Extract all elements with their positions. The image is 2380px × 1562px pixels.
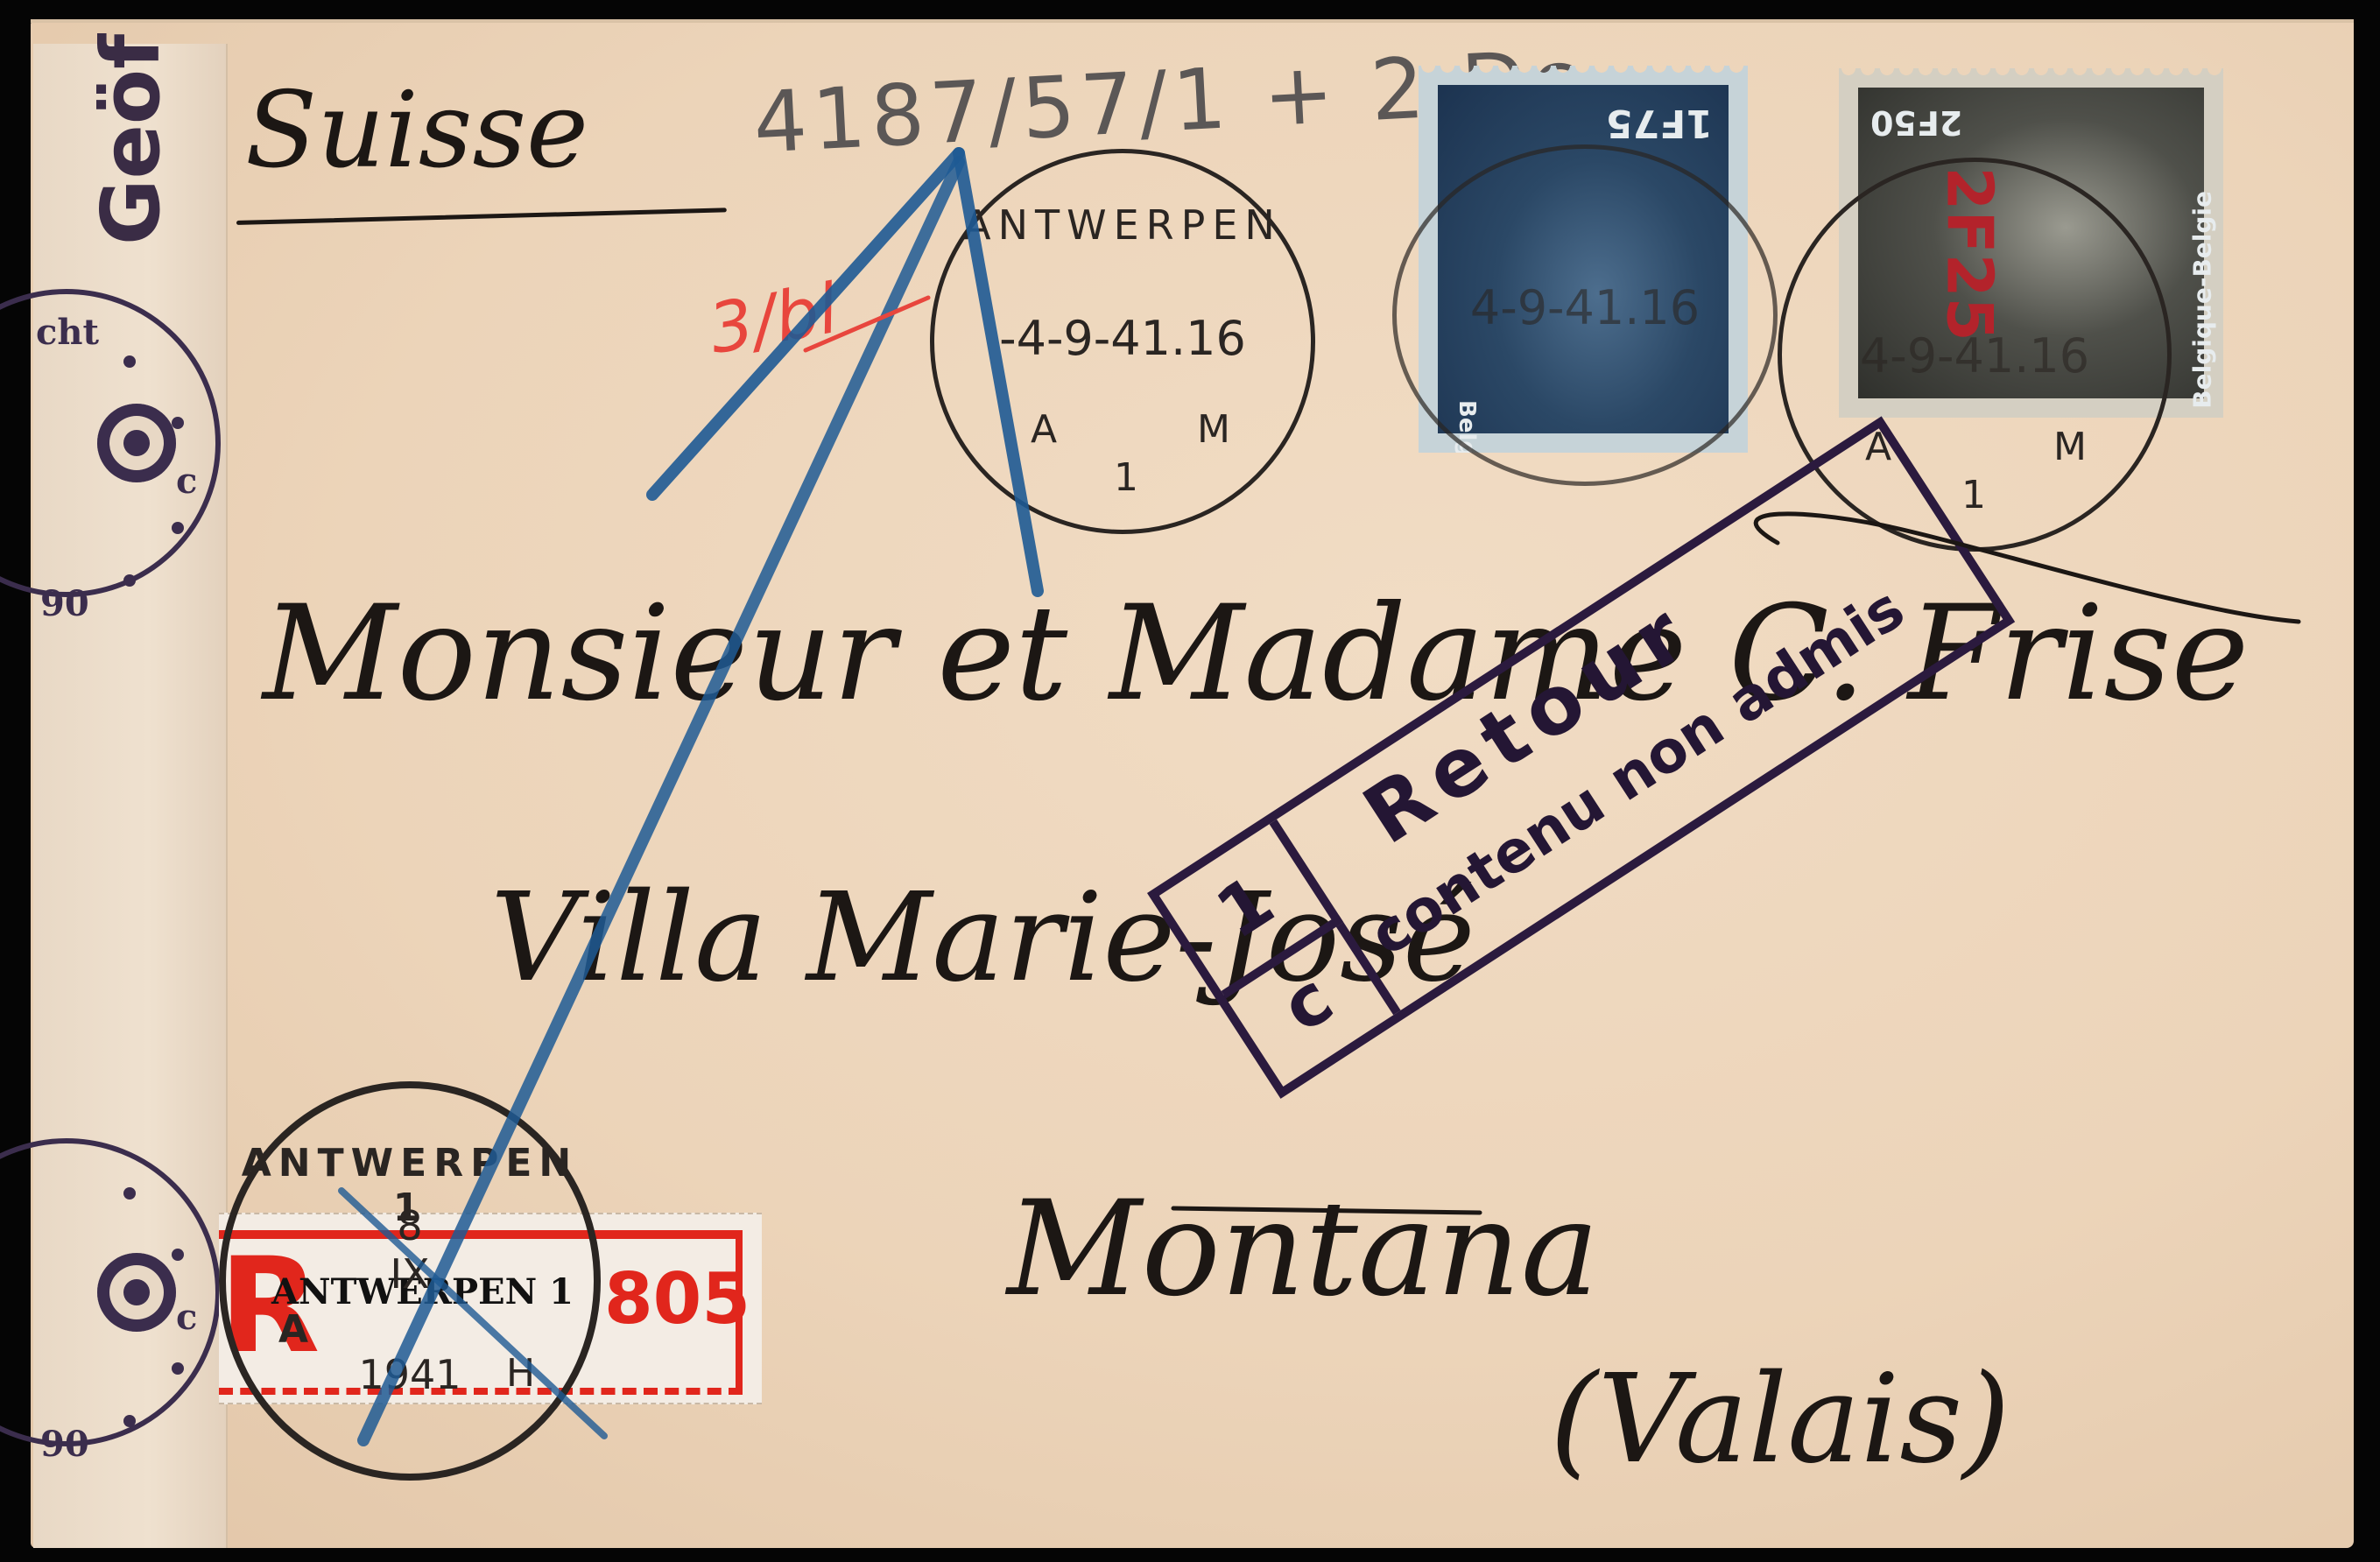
montana-crossbar: [1173, 1208, 1480, 1213]
crayon-marks: [0, 0, 2380, 1562]
blue-arrow-left: [652, 153, 959, 495]
blue-arrow-shaft: [363, 162, 959, 1440]
blue-arrow-right: [959, 153, 1038, 591]
frise-flourish: [1756, 514, 2299, 622]
